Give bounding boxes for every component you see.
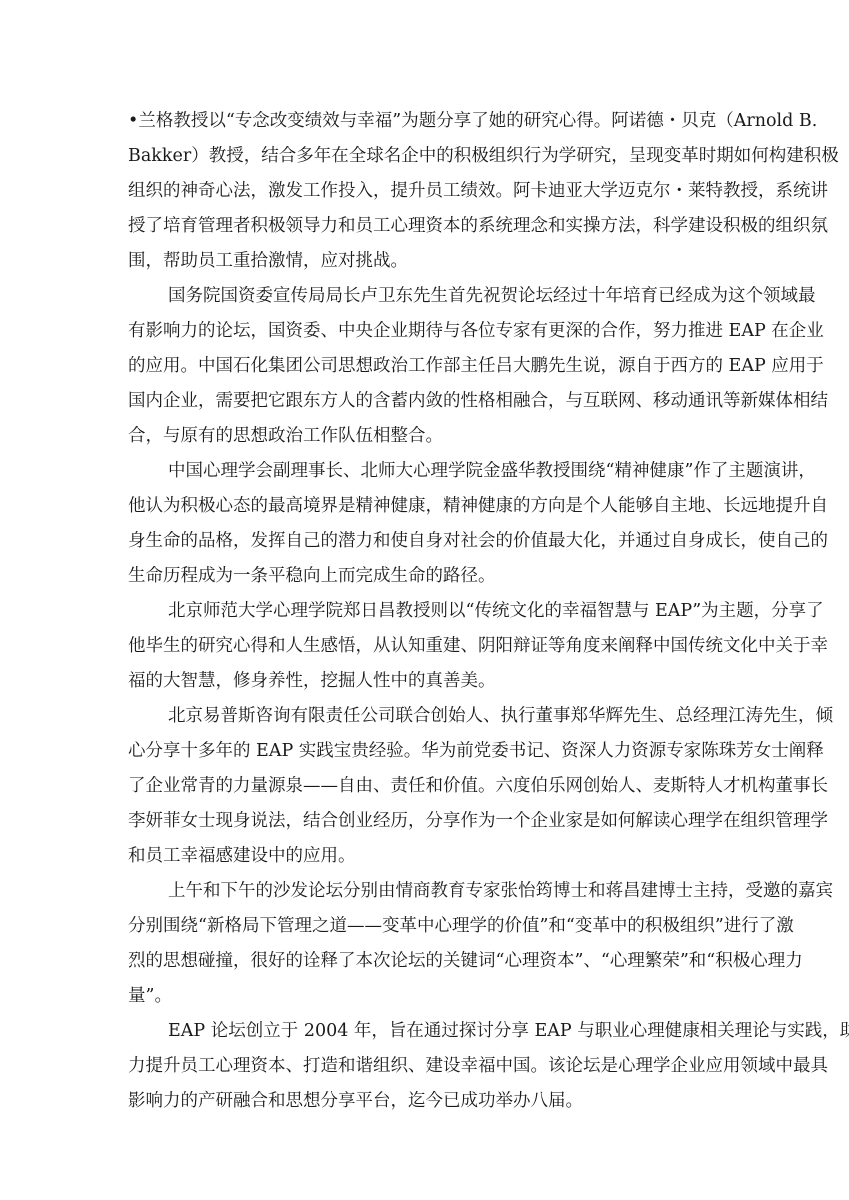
text-line: 国内企业，需要把它跟东方人的含蓄内敛的性格相融合，与互联网、移动通讯等新媒体相结 — [128, 384, 728, 419]
text-line: 生命历程成为一条平稳向上而完成生命的路径。 — [128, 559, 728, 594]
text-line: 了企业常青的力量源泉——自由、责任和价值。六度伯乐网创始人、麦斯特人才机构董事长 — [128, 769, 728, 804]
text-line: 烈的思想碰撞，很好的诠释了本次论坛的关键词“心理资本”、“心理繁荣”和“积极心理… — [128, 944, 728, 979]
text-line: 授了培育管理者积极领导力和员工心理资本的系统理念和实操方法，科学建设积极的组织氛 — [128, 209, 728, 244]
text-line: 围，帮助员工重拾激情，应对挑战。 — [128, 244, 728, 279]
text-line: 李妍菲女士现身说法，结合创业经历，分享作为一个企业家是如何解读心理学在组织管理学 — [128, 804, 728, 839]
text-line: 的应用。中国石化集团公司思想政治工作部主任吕大鹏先生说，源自于西方的 EAP 应… — [128, 349, 728, 384]
text-line: 影响力的产研融合和思想分享平台，迄今已成功举办八届。 — [128, 1084, 728, 1119]
text-line: 力提升员工心理资本、打造和谐组织、建设幸福中国。该论坛是心理学企业应用领域中最具 — [128, 1049, 728, 1084]
text-line: 北京易普斯咨询有限责任公司联合创始人、执行董事郑华辉先生、总经理江涛先生，倾 — [128, 699, 728, 734]
text-line: 和员工幸福感建设中的应用。 — [128, 839, 728, 874]
text-line: 上午和下午的沙发论坛分别由情商教育专家张怡筠博士和蒋昌建博士主持，受邀的嘉宾 — [128, 874, 728, 909]
text-line: 北京师范大学心理学院郑日昌教授则以“传统文化的幸福智慧与 EAP”为主题，分享了 — [128, 594, 728, 629]
paragraph-forum-history: EAP 论坛创立于 2004 年，旨在通过探讨分享 EAP 与职业心理健康相关理… — [128, 1014, 728, 1119]
text-line: 心分享十多年的 EAP 实践宝贵经验。华为前党委书记、资深人力资源专家陈珠芳女士… — [128, 734, 728, 769]
text-line: Bakker）教授，结合多年在全球名企中的积极组织行为学研究，呈现变革时期如何构… — [128, 139, 728, 174]
text-line: •兰格教授以“专念改变绩效与幸福”为题分享了她的研究心得。阿诺德・贝克（Arno… — [128, 104, 728, 139]
text-line: 国务院国资委宣传局局长卢卫东先生首先祝贺论坛经过十年培育已经成为这个领域最 — [128, 279, 728, 314]
text-line: 身生命的品格，发挥自己的潜力和使自身对社会的价值最大化，并通过自身成长，使自己的 — [128, 524, 728, 559]
text-line: 合，与原有的思想政治工作队伍相整合。 — [128, 419, 728, 454]
text-line: EAP 论坛创立于 2004 年，旨在通过探讨分享 EAP 与职业心理健康相关理… — [128, 1014, 728, 1049]
document-body: •兰格教授以“专念改变绩效与幸福”为题分享了她的研究心得。阿诺德・贝克（Arno… — [128, 104, 728, 1119]
text-line: 量”。 — [128, 979, 728, 1014]
text-line: 他认为积极心态的最高境界是精神健康，精神健康的方向是个人能够自主地、长远地提升自 — [128, 489, 728, 524]
paragraph-sasac: 国务院国资委宣传局局长卢卫东先生首先祝贺论坛经过十年培育已经成为这个领域最 有影… — [128, 279, 728, 454]
paragraph-sofa-forum: 上午和下午的沙发论坛分别由情商教育专家张怡筠博士和蒋昌建博士主持，受邀的嘉宾 分… — [128, 874, 728, 1014]
text-line: 有影响力的论坛，国资委、中央企业期待与各位专家有更深的合作，努力推进 EAP 在… — [128, 314, 728, 349]
document-page: •兰格教授以“专念改变绩效与幸福”为题分享了她的研究心得。阿诺德・贝克（Arno… — [0, 0, 849, 1200]
paragraph-langer-bakker: •兰格教授以“专念改变绩效与幸福”为题分享了她的研究心得。阿诺德・贝克（Arno… — [128, 104, 728, 279]
paragraph-mental-health: 中国心理学会副理事长、北师大心理学院金盛华教授围绕“精神健康”作了主题演讲， 他… — [128, 454, 728, 594]
text-line: 分别围绕“新格局下管理之道——变革中心理学的价值”和“变革中的积极组织”进行了激 — [128, 909, 728, 944]
text-line: 他毕生的研究心得和人生感悟，从认知重建、阴阳辩证等角度来阐释中国传统文化中关于幸 — [128, 629, 728, 664]
paragraph-traditional-culture: 北京师范大学心理学院郑日昌教授则以“传统文化的幸福智慧与 EAP”为主题，分享了… — [128, 594, 728, 699]
paragraph-eap-practice: 北京易普斯咨询有限责任公司联合创始人、执行董事郑华辉先生、总经理江涛先生，倾 心… — [128, 699, 728, 874]
text-line: 组织的神奇心法，激发工作投入，提升员工绩效。阿卡迪亚大学迈克尔・莱特教授，系统讲 — [128, 174, 728, 209]
text-line: 福的大智慧，修身养性，挖掘人性中的真善美。 — [128, 664, 728, 699]
text-line: 中国心理学会副理事长、北师大心理学院金盛华教授围绕“精神健康”作了主题演讲， — [128, 454, 728, 489]
